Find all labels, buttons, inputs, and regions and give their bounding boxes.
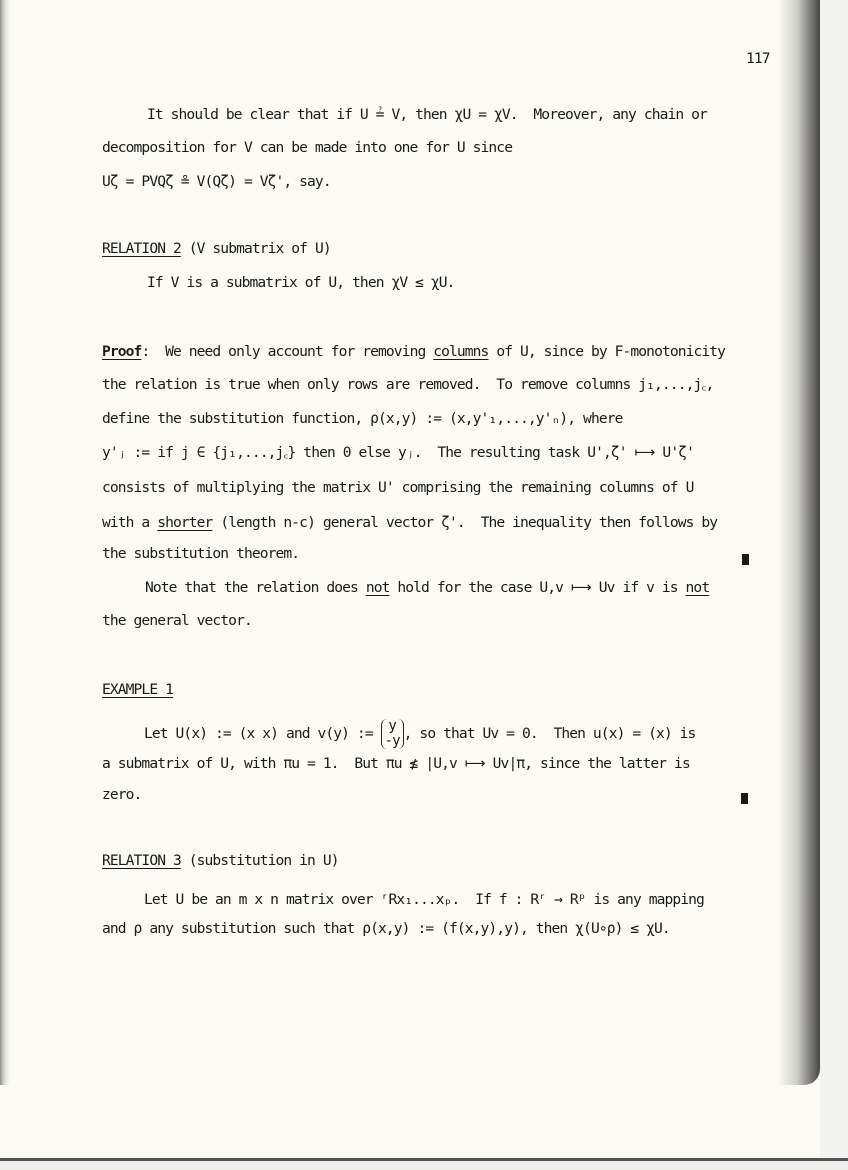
example-1-heading: EXAMPLE 1 <box>102 681 173 699</box>
column-vector: y-y <box>381 719 404 749</box>
proof-line: with a shorter (length n-c) general vect… <box>102 514 717 532</box>
paragraph-line: It should be clear that if U ≟ V, then χ… <box>147 106 707 124</box>
proof-line: y'ⱼ := if j ∈ {j₁,...,j꜀} then 0 else yⱼ… <box>102 444 694 462</box>
proof-line: the relation is true when only rows are … <box>102 376 713 394</box>
emphasis: columns <box>433 343 488 360</box>
vector-entry: y <box>388 718 396 734</box>
proof-line: the substitution theorem. <box>102 545 299 563</box>
document-page: 117 It should be clear that if U ≟ V, th… <box>0 0 820 1160</box>
heading-label: RELATION 2 <box>102 240 181 257</box>
proof-label: Proof <box>102 343 141 360</box>
note-line: the general vector. <box>102 612 252 630</box>
example-line: Let U(x) := (x x) and v(y) := y-y, so th… <box>144 719 695 749</box>
text-span: hold for the case U,v ⟼ Uv if v is <box>390 579 686 596</box>
proof-line: Proof: We need only account for removing… <box>102 343 725 361</box>
page-binding-shadow <box>778 0 820 1085</box>
relation-2-heading: RELATION 2 (V submatrix of U) <box>102 240 331 258</box>
heading-label: RELATION 3 <box>102 852 181 869</box>
text-span: of U, since by F-monotonicity <box>488 343 725 360</box>
page-left-edge-shadow <box>0 0 10 1085</box>
text-span: with a <box>102 514 157 531</box>
text-span: Let U(x) := (x x) and v(y) := <box>144 725 381 742</box>
qed-mark <box>741 793 748 804</box>
emphasis: shorter <box>157 514 212 531</box>
page-number: 117 <box>746 50 770 68</box>
emphasis: not <box>686 579 710 596</box>
relation-3-line: and ρ any substitution such that ρ(x,y) … <box>102 920 670 938</box>
heading-subtitle: (substitution in U) <box>181 852 339 869</box>
text-span: , so that Uv = 0. Then u(x) = (x) is <box>404 725 696 742</box>
qed-mark <box>742 554 749 565</box>
note-line: Note that the relation does not hold for… <box>145 579 709 597</box>
vector-entry: -y <box>385 733 400 749</box>
equation-line: Uζ = PVQζ ≗ V(Qζ) = Vζ', say. <box>102 173 331 191</box>
heading-subtitle: (V submatrix of U) <box>181 240 331 257</box>
emphasis: not <box>366 579 390 596</box>
relation-3-heading: RELATION 3 (substitution in U) <box>102 852 339 870</box>
text-span: : We need only account for removing <box>141 343 433 360</box>
scan-margin <box>820 0 848 1160</box>
text-span: (length n-c) general vector ζ'. The ineq… <box>212 514 717 531</box>
example-line: a submatrix of U, with πu = 1. But πu ≰ … <box>102 755 690 773</box>
relation-2-statement: If V is a submatrix of U, then χV ≤ χU. <box>147 274 455 292</box>
proof-line: define the substitution function, ρ(x,y)… <box>102 410 623 428</box>
relation-3-line: Let U be an m x n matrix over ʳRx₁...xₚ.… <box>144 891 704 909</box>
scan-bottom-margin <box>0 1161 848 1170</box>
text-span: Note that the relation does <box>145 579 366 596</box>
example-line: zero. <box>102 786 141 804</box>
proof-line: consists of multiplying the matrix U' co… <box>102 479 693 497</box>
heading-label: EXAMPLE 1 <box>102 681 173 698</box>
paragraph-line: decomposition for V can be made into one… <box>102 139 512 157</box>
